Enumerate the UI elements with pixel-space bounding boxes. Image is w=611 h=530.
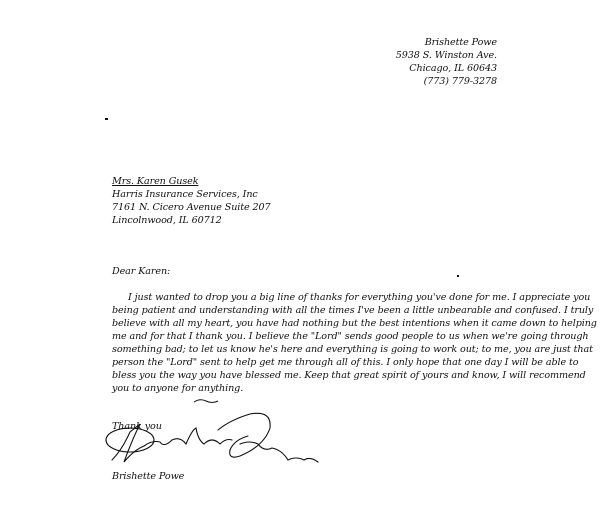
recipient-city: Lincolnwood, IL 60712 [112, 214, 222, 227]
recipient-street: 7161 N. Cicero Avenue Suite 207 [112, 201, 271, 214]
recipient-name: Mrs. Karen Gusek [112, 175, 198, 188]
recipient-name-text: Mrs. Karen Gusek [112, 176, 198, 187]
sender-name: Brishette Powe [425, 36, 497, 49]
body-line: person the "Lord" sent to help get me th… [112, 356, 578, 369]
sender-city: Chicago, IL 60643 [409, 62, 497, 75]
body-line: believe with all my heart, you have had … [112, 317, 597, 330]
sender-phone: (773) 779-3278 [424, 75, 497, 88]
recipient-company: Harris Insurance Services, Inc [112, 188, 258, 201]
scan-speck [105, 118, 108, 120]
body-line: I just wanted to drop you a big line of … [128, 291, 590, 304]
scan-speck [457, 275, 459, 277]
body-line: me and for that I thank you. I believe t… [112, 330, 589, 343]
scan-mark [190, 398, 220, 406]
letter-page: Brishette Powe 5938 S. Winston Ave. Chic… [0, 0, 611, 530]
body-line: you to anyone for anything. [112, 382, 243, 395]
salutation: Dear Karen: [112, 265, 170, 278]
body-line: being patient and understanding with all… [112, 304, 593, 317]
body-line: bless you the way you have blessed me. K… [112, 369, 586, 382]
body-line: something bad; to let us know he's here … [112, 343, 593, 356]
signature-name: Brishette Powe [112, 470, 184, 483]
sender-street: 5938 S. Winston Ave. [396, 49, 497, 62]
